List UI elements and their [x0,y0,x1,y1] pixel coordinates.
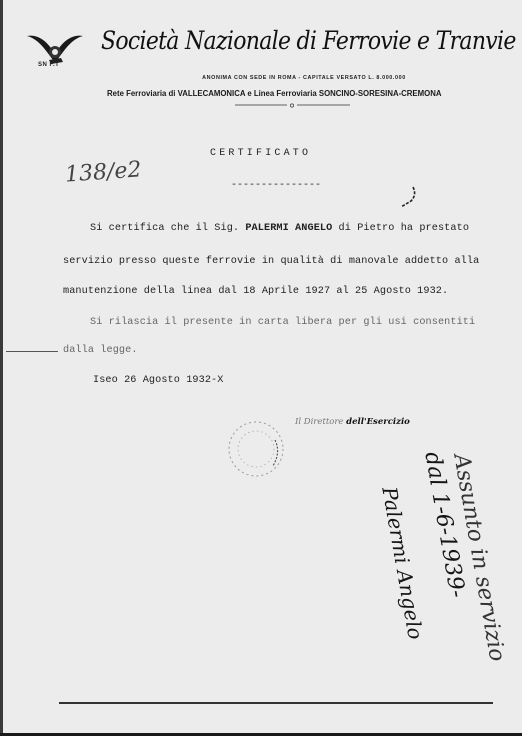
signature-label: Il Direttore dell'Esercizio [295,417,410,427]
pencil-mark [395,185,425,215]
margin-mark [6,351,58,352]
text-segment: Si certifica che il Sig. [90,223,245,234]
release-line-1: Si rilascia il presente in carta libera … [90,317,475,328]
document-page: SN F.T Società Nazionale di Ferrovie e T… [0,0,522,733]
release-line-2: dalla legge. [63,345,138,356]
company-subline: ANONIMA CON SEDE IN ROMA - CAPITALE VERS… [3,75,522,81]
circular-stamp-icon [225,418,287,480]
certificate-line-2: servizio presso queste ferrovie in quali… [63,256,479,267]
protocol-number: 138/e2 [64,157,142,187]
place-date: Iseo 26 Agosto 1932-X [93,375,223,386]
logo-caption: SN F.T [38,62,59,68]
handwritten-signature: Palermi Angelo [377,485,427,641]
certificate-line-3: manutenzione della linea dal 18 Aprile 1… [63,286,448,297]
railway-network: Rete Ferroviaria di VALLECAMONICA e Line… [107,89,441,98]
certificate-line-1: Si certifica che il Sig. PALERMI ANGELO … [90,223,469,234]
bottom-rule [59,702,493,704]
document-heading: CERTIFICATO [210,148,311,159]
signature-title: Il Direttore [295,417,346,427]
divider-ornament [235,103,350,109]
heading-rule: --------------- [231,180,321,191]
person-name: PALERMI ANGELO [245,223,332,234]
company-name: Società Nazionale di Ferrovie e Tranvie [101,26,453,55]
signature-office: dell'Esercizio [346,417,410,427]
text-segment: di Pietro ha prestato [332,223,469,234]
